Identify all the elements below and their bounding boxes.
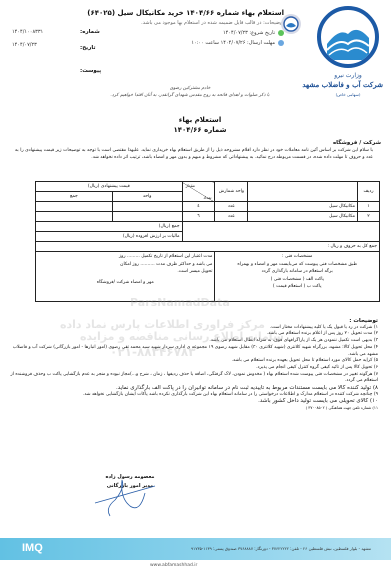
table-row: ۲ مکانیکال سیل عدد ٦ (36, 212, 380, 222)
col-header-quantity: مقدار تعداد (182, 182, 215, 202)
items-table: ردیف واحد شمارش مقدار تعداد قیمت پیشنهاد… (35, 181, 380, 302)
table-row: ۱ مکانیکال سیل عدد ٤ (36, 202, 380, 212)
note-item: ۳) بدیهی است تکمیل ننمودن هر یک از پاراگ… (8, 338, 378, 345)
col-header-total: جمع (36, 192, 113, 202)
letter-date: ۱۴۰۴/۰۷/۲۳ (12, 42, 37, 48)
company-type: (سهامی خاص) (313, 92, 383, 97)
deadline-status-dot-icon (278, 40, 284, 46)
letter-date-label: تاریخ: (80, 45, 96, 51)
imq-logo: IMQ (22, 542, 43, 554)
notes-section: توضیحات : ۱) شرکت در رد یا قبول یک یا کل… (8, 318, 378, 412)
col-header-price-group: قیمت پیشنهادی (ریال) (36, 182, 183, 192)
unit-price-field[interactable] (112, 202, 182, 212)
greeting-line-1: خادم مشترکین رضوی (90, 86, 290, 91)
start-date: تاریخ شروع: ۱۴۰۴/۰۷/۲۳ (223, 30, 275, 36)
intro-paragraph: با سلام این شرکت بر اساس آئین نامه معامل… (15, 148, 373, 161)
letter-number-label: شماره: (80, 29, 100, 35)
deadline-date: مهلت ارسال: ۱۴۰۴/۰۷/۲۶ ساعت ۱۰:۰۰ (191, 40, 275, 46)
attachment-label: پیوست: (80, 68, 101, 74)
ministry-name: وزارت نیرو (313, 72, 383, 79)
validity-section: مدت اعتبار این استعلام از تاریخ تکمیل ..… (36, 252, 215, 302)
company-name: شرکت آب و فاضلاب مشهد (303, 80, 383, 89)
note-item: ۱۱) شماره تلفن جهت هماهنگی ( ۳۷۰۰۸۵۰۲ ) (8, 405, 378, 412)
website-link[interactable]: www.abfamashhad.ir (150, 563, 197, 568)
note-item: ۸) تولید کننده کالا می بایست مستندات مرب… (8, 385, 378, 392)
greeting-line-2: با ذکر صلوات و اهدای فاتحه به روح مقدس ش… (90, 93, 290, 98)
total-price-field[interactable] (36, 212, 113, 222)
letter-number: ۱۴۰۴/۱۰۰۸۳۳۱ (12, 29, 43, 35)
grand-total-label: جمع کل به حروف و ریال : (36, 242, 380, 252)
recipient-label: شرکت / فروشگاه (333, 140, 381, 146)
col-header-unit: واحد شمارش (215, 182, 248, 202)
company-logo (317, 6, 379, 68)
doc-title: استعلام بهاء (140, 116, 260, 124)
stamp-label: مهر و امضاء شرکت /فروشگاه (38, 279, 212, 287)
col-header-unit-price: واحد (112, 192, 182, 202)
unit-price-field[interactable] (112, 212, 182, 222)
note-item: ۱۰) کالای تحویلی می بایست تولید داخل کشو… (8, 398, 378, 405)
footer-address: مشهد - بلوار فلسطین، نبش فلسطین ۲۶ - تلف… (191, 546, 371, 551)
signature-scribble-icon (90, 478, 160, 518)
tender-title: استعلام بهاء شماره ۱۴۰۴/۶۶ خرید مکانیکال… (84, 9, 284, 17)
start-date-row: تاریخ شروع: ۱۴۰۴/۰۷/۲۳ (223, 30, 284, 36)
doc-number: شماره ۱۴۰۴/۶۶ (140, 126, 260, 134)
technical-specs: مشخصات فنی : طبق مشخصات فنی پیوست که می‌… (215, 252, 380, 302)
tender-description: توضیحات: در قالب فایل ضمیمه شده در استعل… (141, 20, 284, 26)
footer-bar: IMQ مشهد - بلوار فلسطین، نبش فلسطین ۲۶ -… (0, 538, 391, 560)
note-item: ۴) محل تحویل کالا: مشهد، بزرگراه شهید کل… (8, 345, 378, 358)
note-item: ۵) کرایه حمل کالای مورد استعلام تا محل ت… (8, 358, 378, 365)
vat-label: مالیات بر ارزش افزوده (ریال) (36, 232, 183, 242)
notes-title: توضیحات : (8, 318, 378, 325)
water-badge-icon (281, 14, 301, 34)
sum-label: جمع (ریال) (36, 222, 183, 232)
col-header-row: ردیف (358, 182, 380, 202)
col-header-description (248, 182, 358, 202)
note-item: ۷) هرگونه تغییر در مشخصات فنی پیوست شده … (8, 372, 378, 385)
total-price-field[interactable] (36, 202, 113, 212)
deadline-row: مهلت ارسال: ۱۴۰۴/۰۷/۲۶ ساعت ۱۰:۰۰ (191, 40, 284, 46)
note-item: ۶) تحویل کالا پس از تائید کیفی گروه کنتر… (8, 365, 378, 372)
